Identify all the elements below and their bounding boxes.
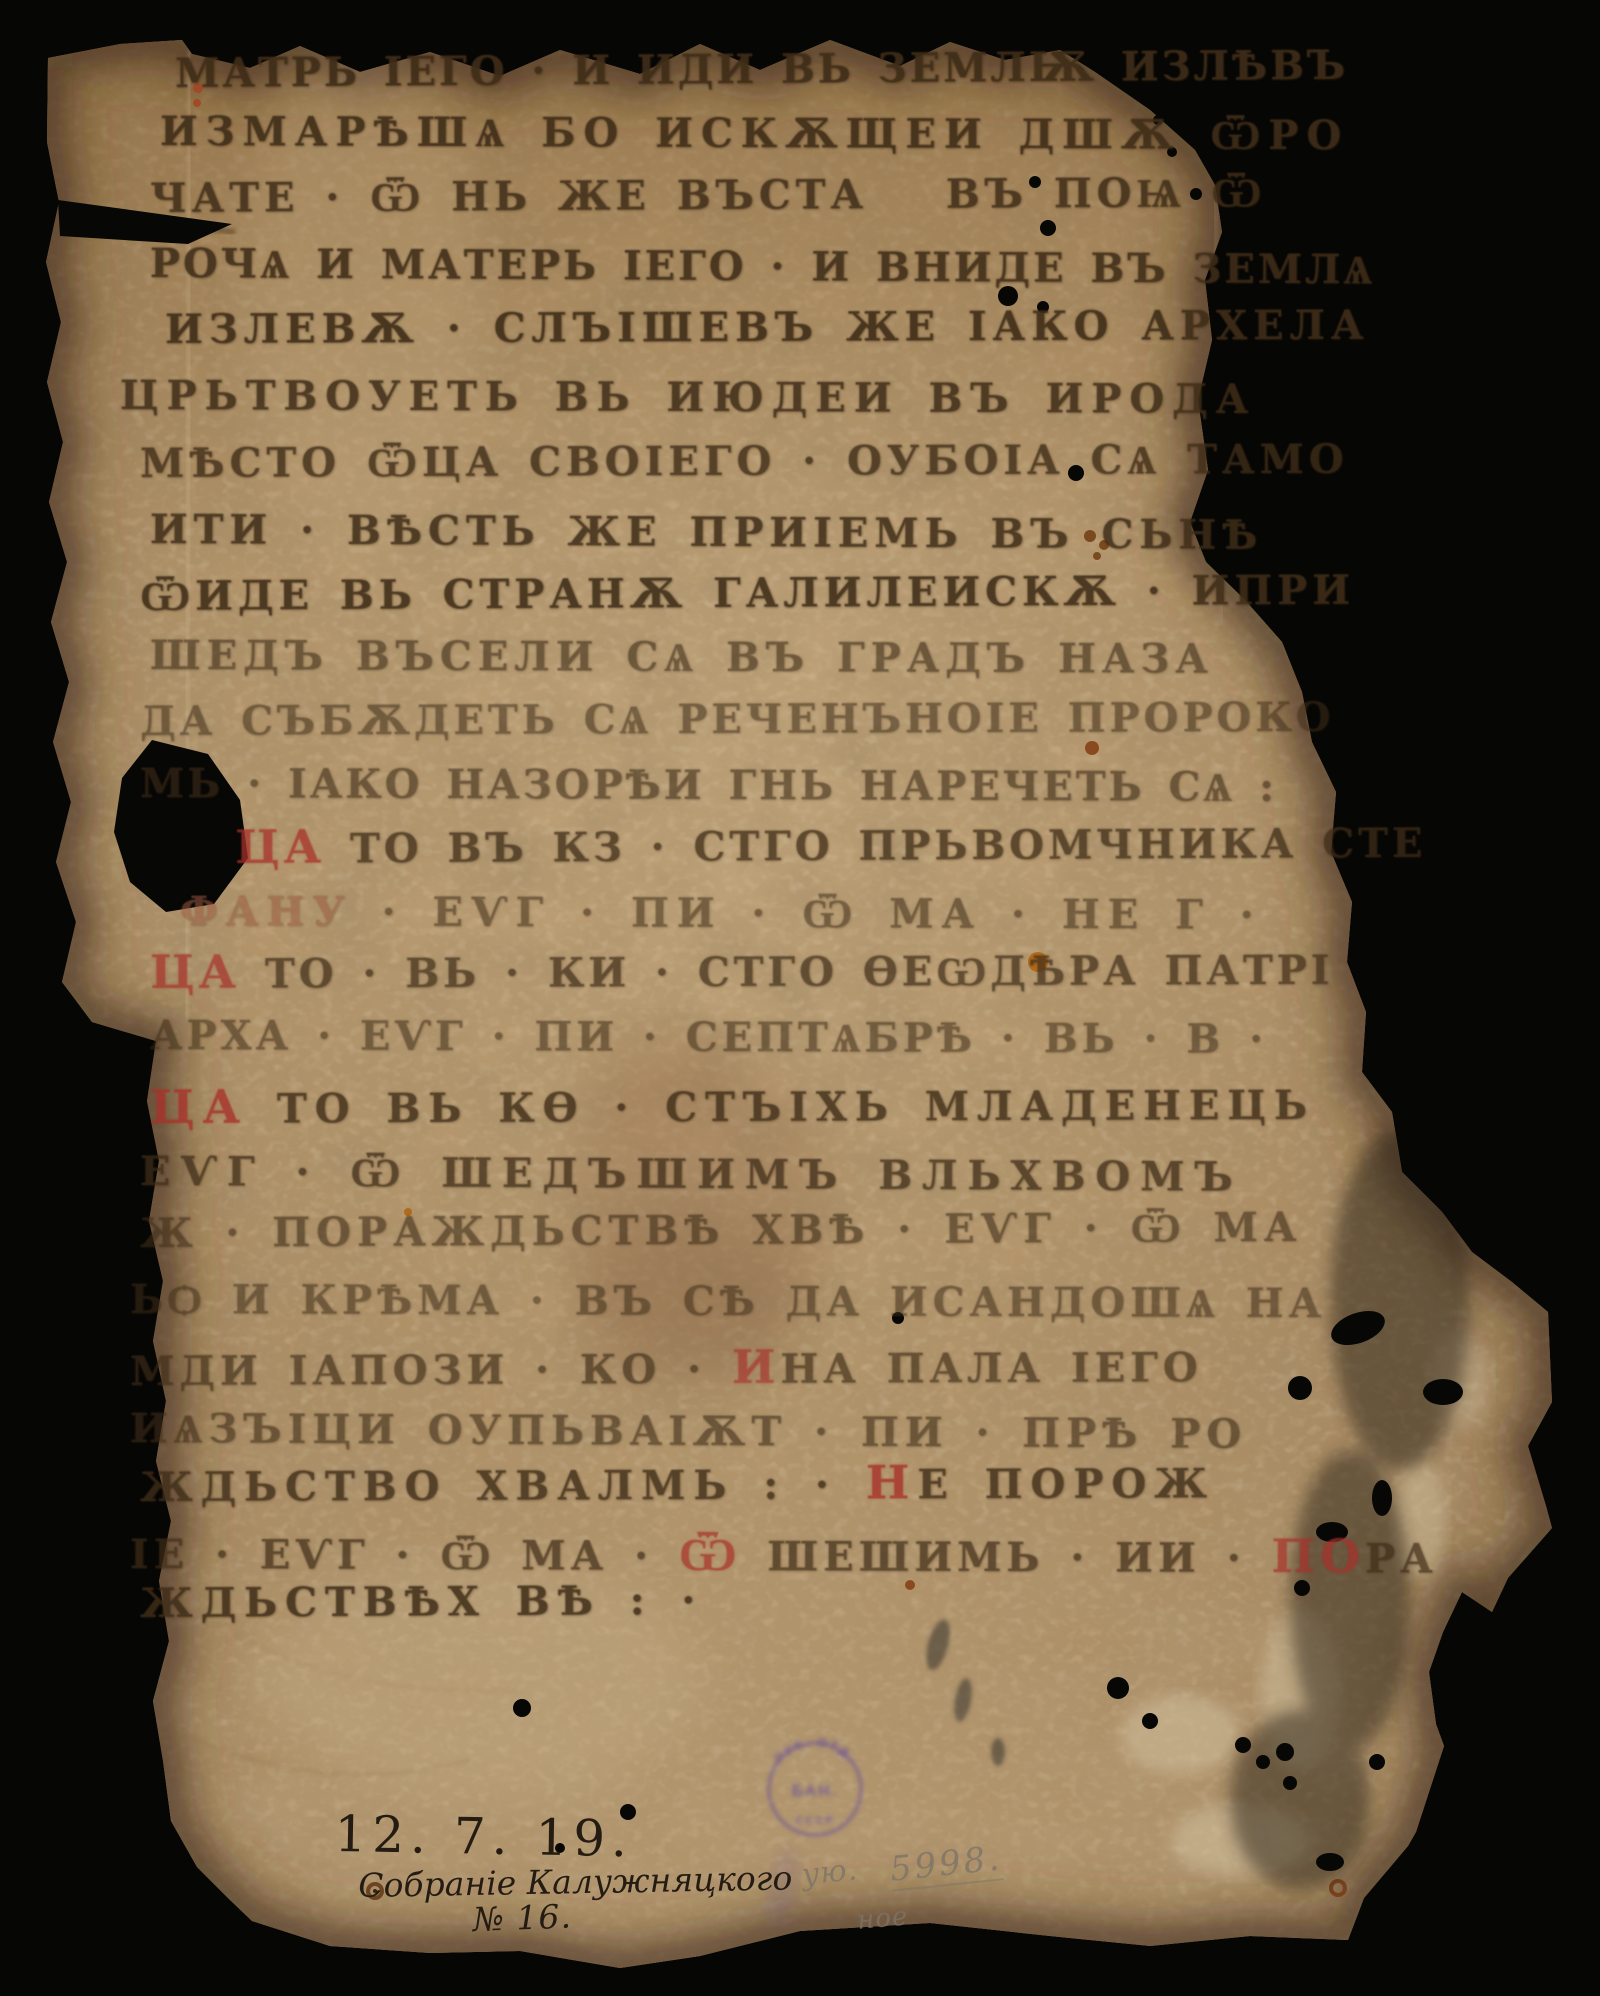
ink-inscription: Собраніе Калужняцкого: [358, 1858, 793, 1905]
pencil-inscription: ное: [856, 1902, 910, 1936]
pencil-inscription: ую.: [800, 1851, 870, 1893]
ink-inscription: № 16.: [472, 1897, 573, 1939]
annotation-layer: 12. 7. 19.Собраніе Калужняцкого№ 16.ую. …: [0, 0, 1600, 1996]
pencil-inscription: 5998.: [888, 1838, 1004, 1892]
scanned-page: РУК. ОТД. БАН. СССР МАТРЬ ІЕГО · И ИДИ В…: [0, 0, 1600, 1996]
ink-inscription: 12. 7. 19.: [334, 1805, 633, 1868]
